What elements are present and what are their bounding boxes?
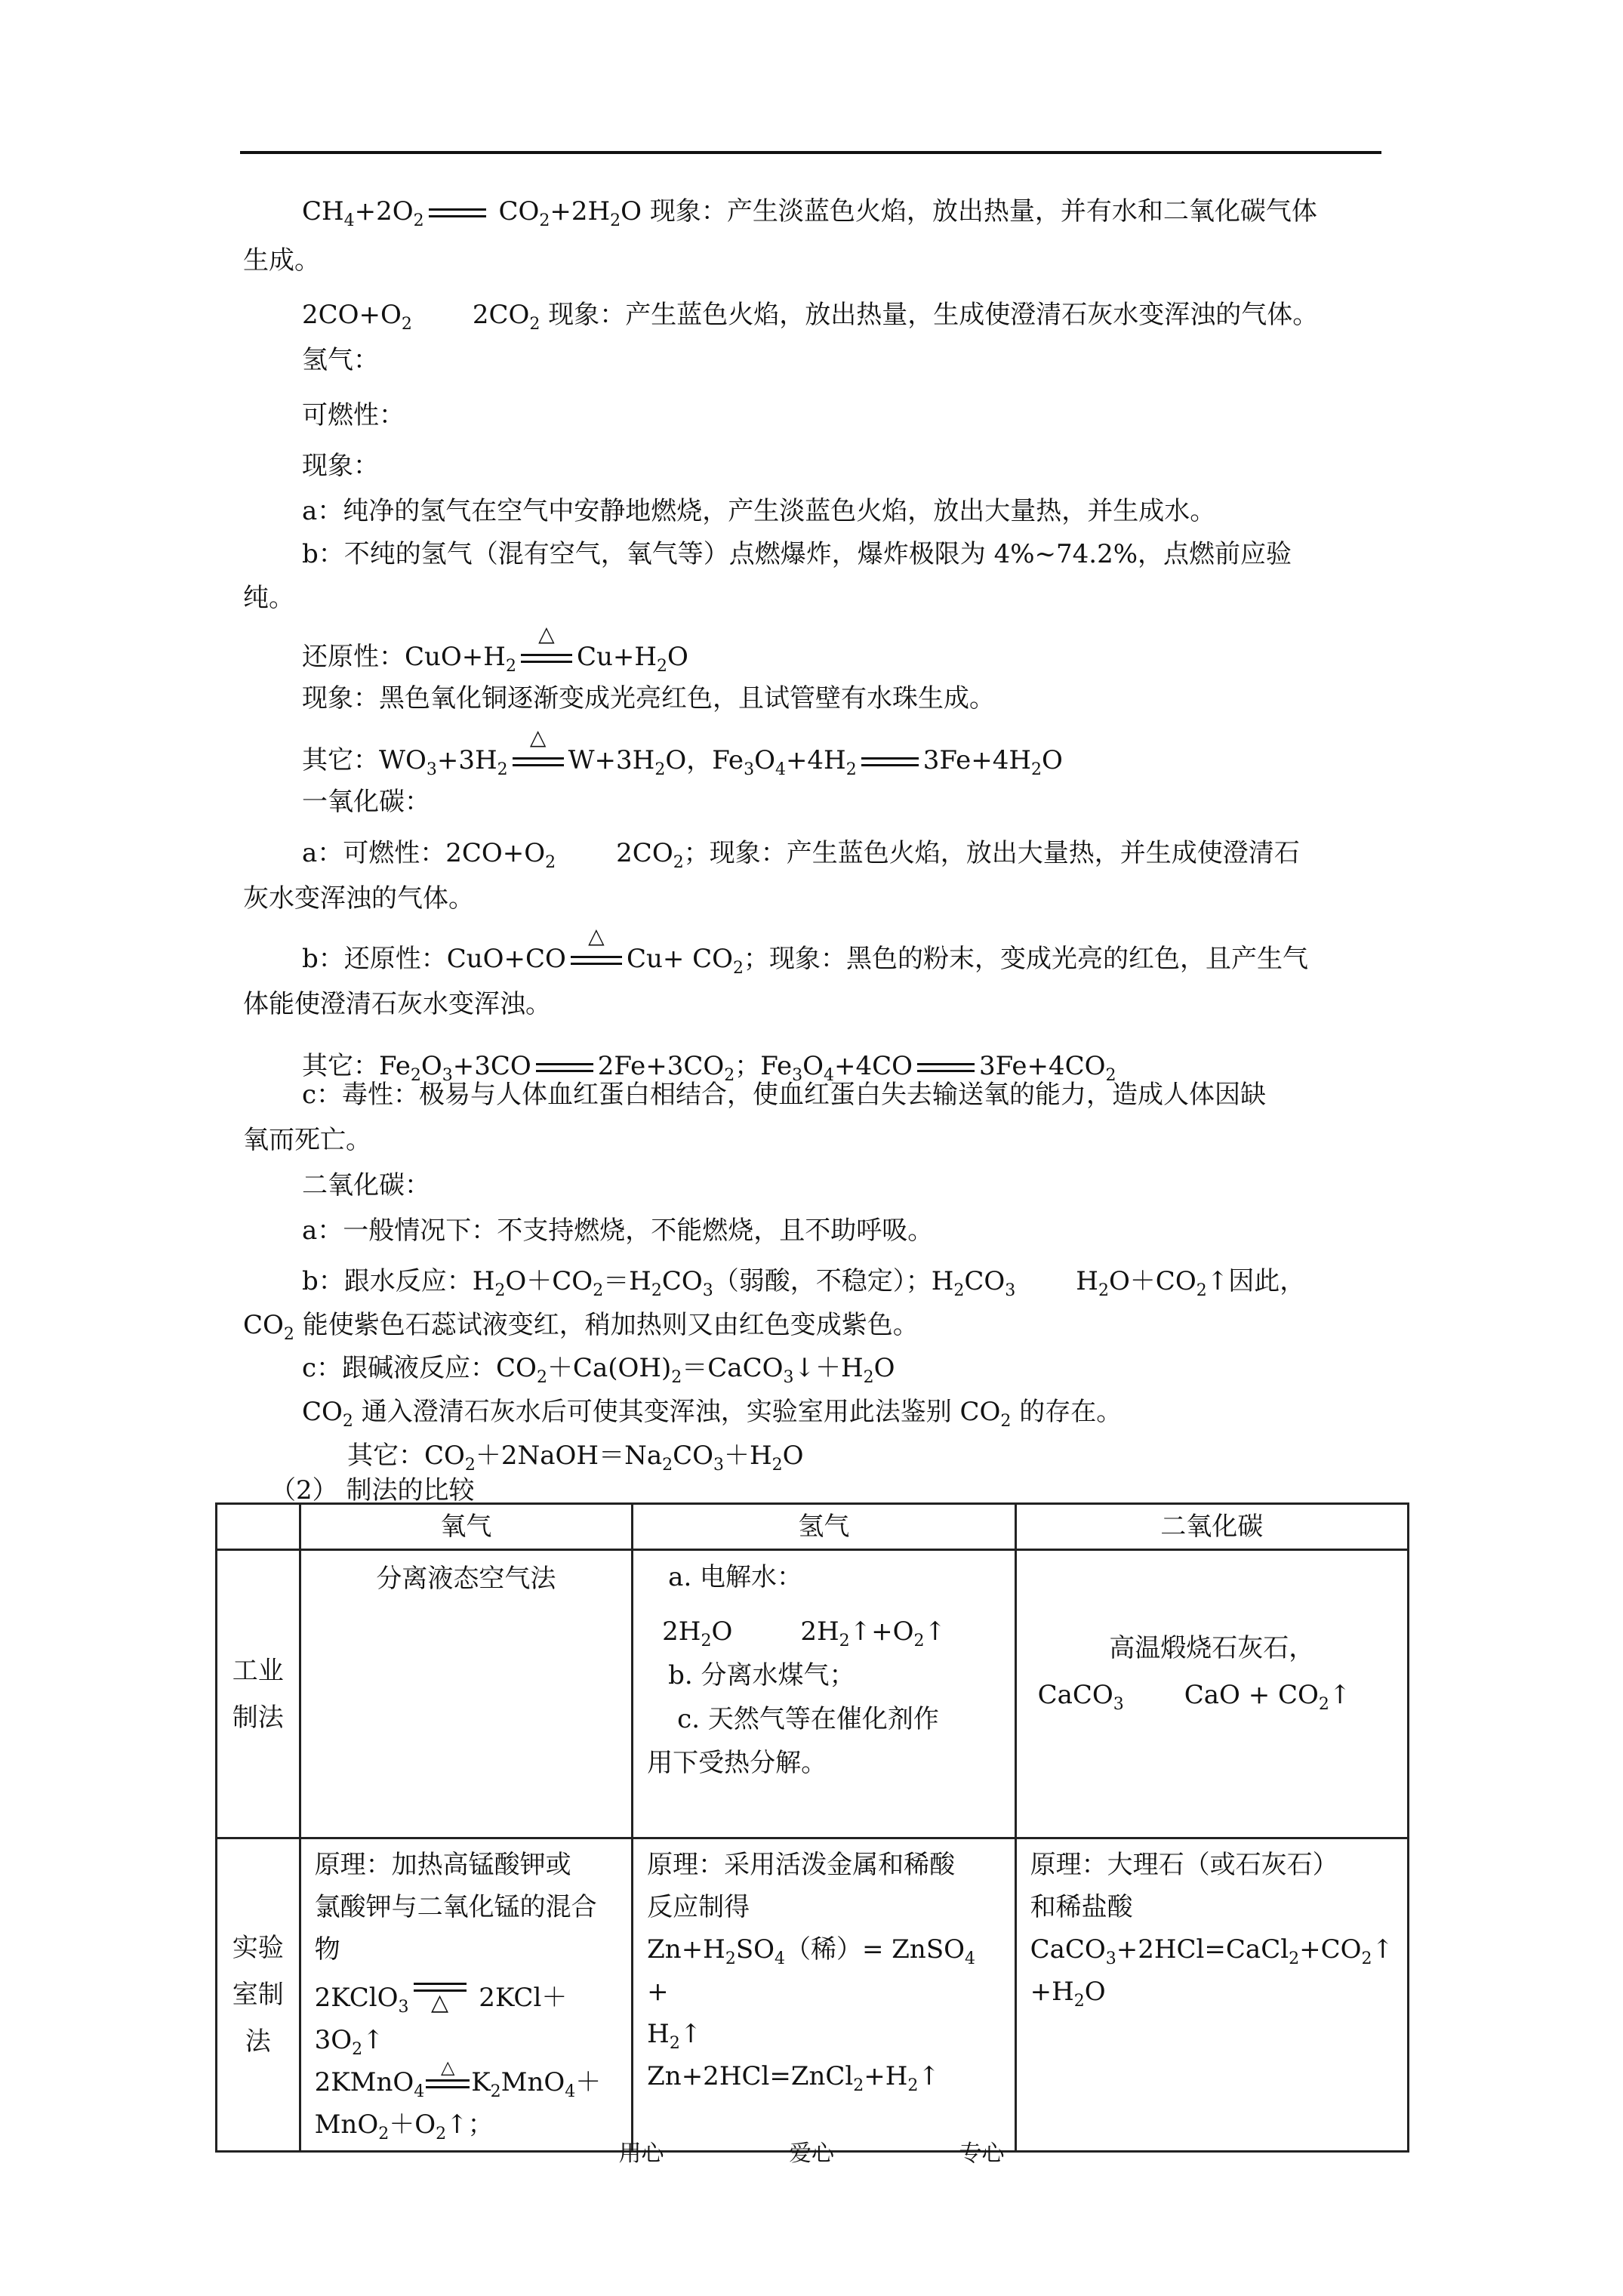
cell-text: 原理：大理石（或石灰石）: [1030, 1844, 1394, 1886]
co2-c-line: c：跟碱液反应：CO2＋Ca(OH)2＝CaCO3↓＋H2O: [302, 1351, 895, 1385]
heating-equals-sign: △: [513, 754, 564, 769]
co-b-line: b：还原性：CuO+CO△Cu+ CO2；现象：黑色的粉末，变成光亮的红色，且产…: [302, 942, 1308, 975]
co2-c-label: c：跟碱液反应：: [302, 1353, 496, 1383]
calcination-equation: CaCO3CaO + CO2↑: [1030, 1672, 1394, 1718]
co-b-label: b：还原性：: [302, 944, 447, 974]
co-a-line: a：可燃性：2CO+O22CO2；现象：产生蓝色火焰，放出大量热，并生成使澄清石: [302, 837, 1300, 870]
co2-b-line: b：跟水反应：H2O＋CO2＝H2CO3（弱酸，不稳定）；H2CO3H2O＋CO…: [302, 1265, 1305, 1298]
hydrogen-other-line: 其它：WO3+3H2△W+3H2O，Fe3O4+4H23Fe+4H2O: [302, 744, 1063, 777]
co2-b-note: （弱酸，不稳定）；: [713, 1266, 932, 1296]
cell-text: a. 电解水：: [647, 1555, 1000, 1599]
co-c: c：毒性：极易与人体血红蛋白相结合，使血红蛋白失去输送氧的能力，造成人体因缺: [302, 1078, 1266, 1111]
preparation-comparison-table: 氧气 氢气 二氧化碳 工业 制法 分离液态空气法 a. 电解水： 2H2O2H2…: [215, 1502, 1409, 2153]
cell-hydrogen-industrial: a. 电解水： 2H2O2H2↑+O2↑ b. 分离水煤气； c. 天然气等在催…: [633, 1550, 1015, 1838]
hydrogen-title: 氢气：: [302, 344, 379, 377]
co-a-wrap: 灰水变浑浊的气体。: [243, 882, 474, 915]
cell-text: 反应制得: [647, 1886, 1000, 1928]
phenomenon-label: 现象：: [302, 449, 379, 482]
header-empty: [217, 1504, 300, 1550]
cell-text: c. 天然气等在催化剂作: [647, 1697, 1000, 1741]
co-phenomenon: 现象：产生蓝色火焰，放出热量，生成使澄清石灰水变浑浊的气体。: [548, 300, 1318, 330]
footer-motto-3: 专心: [959, 2140, 1005, 2167]
co-a-label: a：可燃性：: [302, 838, 445, 868]
co-combustion-line: 2CO+O22CO2 现象：产生蓝色火焰，放出热量，生成使澄清石灰水变浑浊的气体…: [302, 298, 1318, 331]
heating-equals-sign: △: [414, 1980, 467, 1995]
cell-text: 高温煅烧石灰石，: [1030, 1625, 1394, 1672]
kmno4-equation: 2KMnO4△K2MnO4＋: [315, 2061, 618, 2103]
other-label: 其它：: [347, 1441, 424, 1471]
cell-text: 和稀盐酸: [1030, 1886, 1394, 1928]
cell-oxygen-industrial: 分离液态空气法: [300, 1550, 633, 1838]
row-label-line: 制法: [225, 1694, 291, 1741]
cell-hydrogen-lab: 原理：采用活泼金属和稀酸 反应制得 Zn+H2SO4（稀）= ZnSO4 + H…: [633, 1838, 1015, 2152]
header-oxygen: 氧气: [300, 1504, 633, 1550]
cell-text: 原理：加热高锰酸钾或: [315, 1844, 618, 1886]
footer-motto-2: 爱心: [789, 2140, 834, 2167]
co2-b-wrap: 能使紫色石蕊试液变红，稍加热则又由红色变成紫色。: [303, 1310, 919, 1340]
document-page: CH4+2O2 CO2+2H2O 现象：产生淡蓝色火焰，放出热量，并有水和二氧化…: [0, 0, 1623, 2296]
cell-text: 用下受热分解。: [647, 1741, 1000, 1785]
heating-equals-sign: △: [571, 953, 622, 968]
row-label-lab: 实验 室制 法: [217, 1838, 300, 2152]
reducing-phenomenon: 现象：黑色氧化铜逐渐变成光亮红色，且试管壁有水珠生成。: [302, 682, 995, 715]
hydrogen-b-wrap: 纯。: [243, 581, 294, 615]
kclo3-equation: 2KClO3△ 2KCl＋3O2↑: [315, 1977, 618, 2061]
hydrogen-a: a：纯净的氢气在空气中安静地燃烧，产生淡蓝色火焰，放出大量热，并生成水。: [302, 495, 1215, 528]
other-label: 其它：: [302, 1051, 379, 1081]
table-header-row: 氧气 氢气 二氧化碳: [217, 1504, 1409, 1550]
cell-text: 氯酸钾与二氧化锰的混合物: [315, 1886, 618, 1971]
cell-text: 原理：采用活泼金属和稀酸: [647, 1844, 1000, 1886]
zinc-sulfuric-equation: Zn+H2SO4（稀）= ZnSO4 +: [647, 1928, 1000, 2013]
combustibility-label: 可燃性：: [302, 399, 405, 432]
footer-motto-1: 用心: [618, 2140, 664, 2167]
electrolysis-equation: 2H2O2H2↑+O2↑: [647, 1610, 1000, 1653]
equals-sign: [429, 205, 486, 220]
equals-sign: [917, 1060, 975, 1075]
co2-b-label: b：跟水反应：: [302, 1266, 473, 1296]
table-row-industrial: 工业 制法 分离液态空气法 a. 电解水： 2H2O2H2↑+O2↑ b. 分离…: [217, 1550, 1409, 1838]
marble-hcl-equation: CaCO3+2HCl=CaCl2+CO2↑: [1030, 1928, 1394, 1971]
co-b-wrap: 体能使澄清石灰水变浑浊。: [243, 988, 551, 1021]
co2-note-line: CO2 通入澄清石灰水后可使其变浑浊，实验室用此法鉴别 CO2 的存在。: [302, 1395, 1122, 1428]
co-c-wrap: 氧而死亡。: [243, 1123, 371, 1157]
cell-text: 分离液态空气法: [315, 1555, 618, 1602]
row-label-line: 工业: [225, 1647, 291, 1694]
dilute-note: （稀）: [785, 1934, 862, 1965]
co2-title: 二氧化碳：: [302, 1169, 430, 1202]
hydrogen-b: b：不纯的氢气（混有空气，氧气等）点燃爆炸，爆炸极限为 4%~74.2%，点燃前…: [302, 538, 1292, 571]
heating-equals-sign: △: [426, 2076, 470, 2091]
cell-co2-lab: 原理：大理石（或石灰石） 和稀盐酸 CaCO3+2HCl=CaCl2+CO2↑ …: [1015, 1838, 1408, 2152]
zinc-hcl-equation: Zn+2HCl=ZnCl2+H2↑: [647, 2055, 1000, 2097]
co-b-rest: ；现象：黑色的粉末，变成光亮的红色，且产生气: [744, 944, 1308, 974]
zinc-sulfuric-equation-cont: H2↑: [647, 2013, 1000, 2055]
row-label-line: 实验: [225, 1925, 291, 1971]
methane-combustion-line: CH4+2O2 CO2+2H2O 现象：产生淡蓝色火焰，放出热量，并有水和二氧化…: [302, 195, 1317, 228]
header-rule: [240, 151, 1381, 154]
other-label: 其它：: [302, 745, 379, 775]
co2-a: a：一般情况下：不支持燃烧，不能燃烧，且不助呼吸。: [302, 1214, 933, 1247]
cell-text: b. 分离水煤气；: [647, 1653, 1000, 1697]
header-hydrogen: 氢气: [633, 1504, 1015, 1550]
table-row-lab: 实验 室制 法 原理：加热高锰酸钾或 氯酸钾与二氧化锰的混合物 2KClO3△ …: [217, 1838, 1409, 2152]
co2-note-1: 通入澄清石灰水后可使其变浑浊，实验室用此法鉴别: [362, 1397, 952, 1427]
equals-sign: [536, 1060, 593, 1075]
equals-sign: [861, 754, 919, 769]
co2-other-line: 其它：CO2＋2NaOH＝Na2CO3＋H2O: [347, 1439, 804, 1472]
row-label-line: 室制: [225, 1971, 291, 2018]
co-title: 一氧化碳：: [302, 785, 430, 818]
row-label-industrial: 工业 制法: [217, 1550, 300, 1838]
methane-phenomenon: 现象：产生淡蓝色火焰，放出热量，并有水和二氧化碳气体: [650, 196, 1317, 227]
heating-equals-sign: △: [521, 651, 572, 666]
co2-note-2: 的存在。: [1019, 1397, 1122, 1427]
cell-co2-industrial: 高温煅烧石灰石， CaCO3CaO + CO2↑: [1015, 1550, 1408, 1838]
cell-oxygen-lab: 原理：加热高锰酸钾或 氯酸钾与二氧化锰的混合物 2KClO3△ 2KCl＋3O2…: [300, 1838, 633, 2152]
row-label-line: 法: [225, 2018, 291, 2065]
co2-b-wrap-line: CO2 能使紫色石蕊试液变红，稍加热则又由红色变成紫色。: [243, 1308, 919, 1342]
hydrogen-reducing-line: 还原性：CuO+H2△Cu+H2O: [302, 640, 688, 673]
reducing-label: 还原性：: [302, 642, 405, 672]
methane-wrap: 生成。: [243, 244, 320, 277]
co2-b-tail: 因此，: [1228, 1266, 1305, 1296]
marble-hcl-equation-cont: +H2O: [1030, 1971, 1394, 2013]
co-a-rest: ；现象：产生蓝色火焰，放出大量热，并生成使澄清石: [684, 838, 1300, 868]
header-co2: 二氧化碳: [1015, 1504, 1408, 1550]
page-footer: 用心 爱心 专心: [0, 2134, 1623, 2168]
